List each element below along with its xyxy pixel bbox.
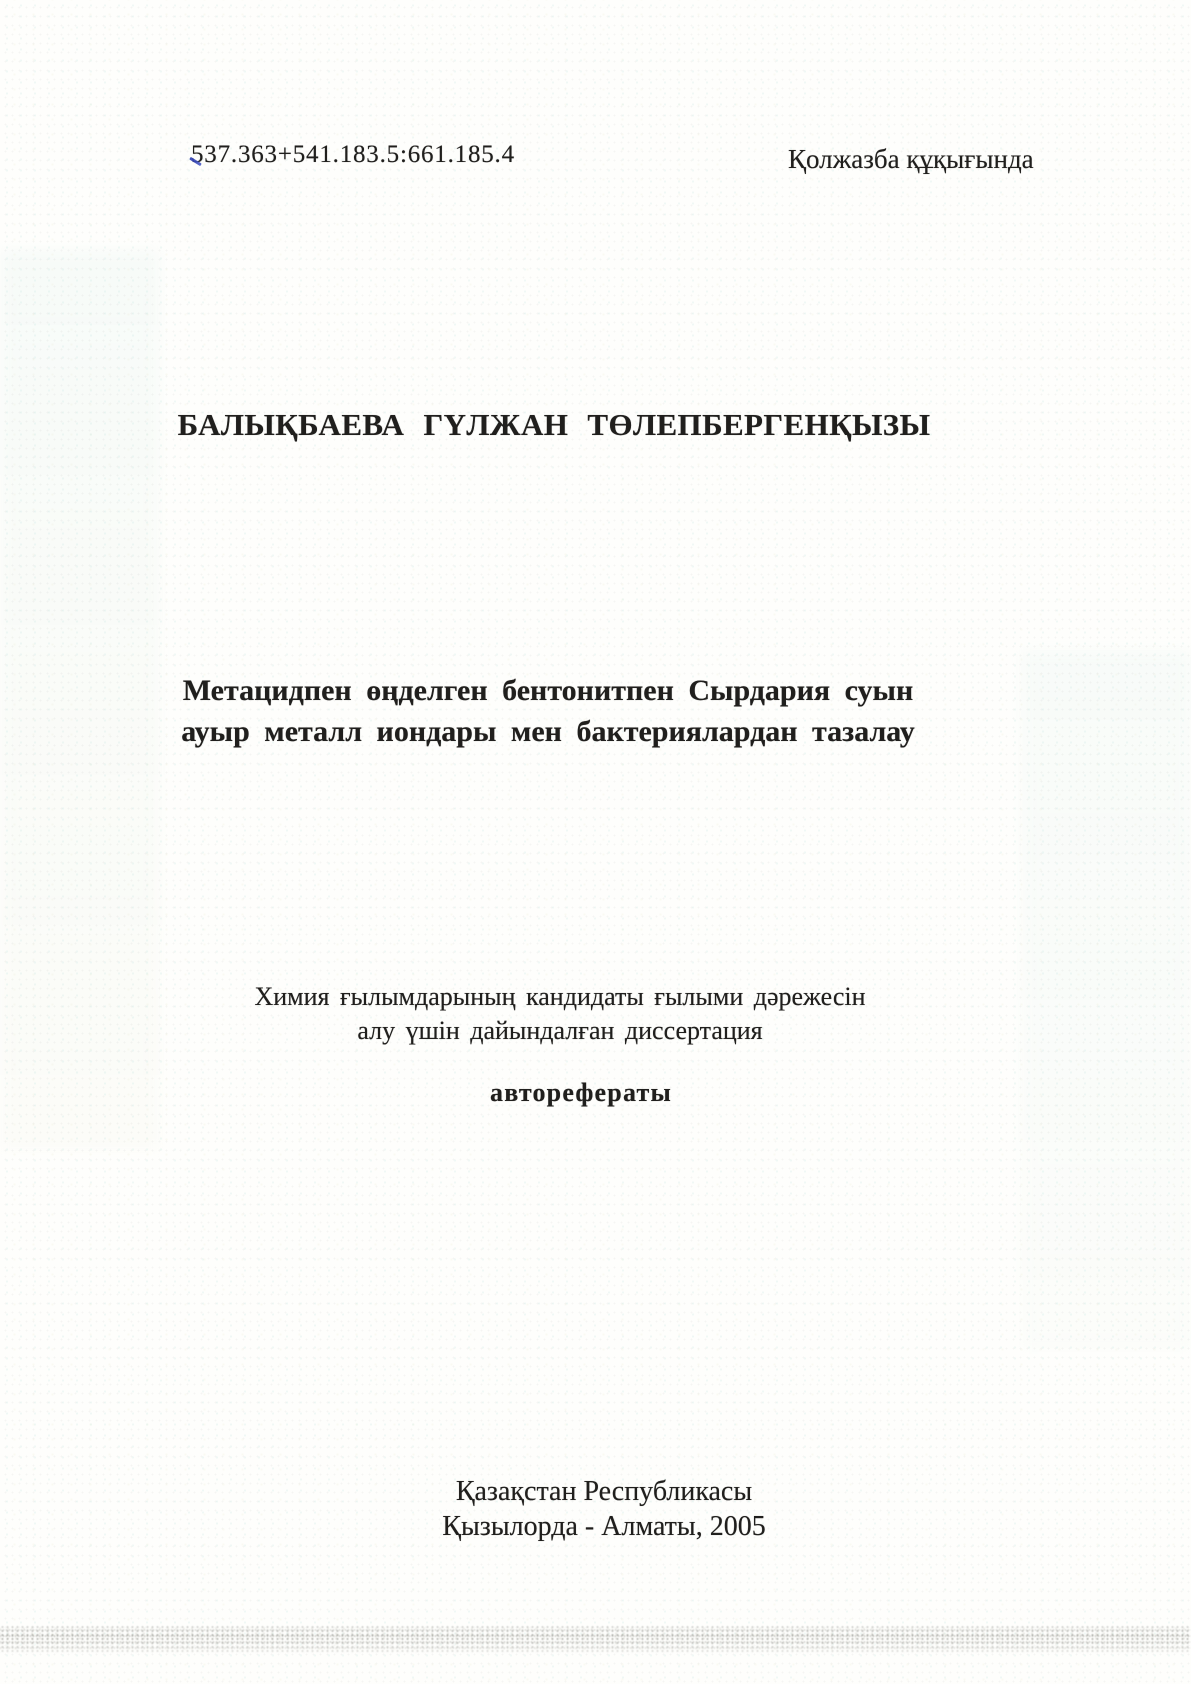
degree-statement-line2: алу үшін дайындалған диссертация xyxy=(10,1014,1110,1048)
footer-city-year: Қызылорда - Алматы, 2005 xyxy=(54,1509,1154,1544)
scan-noise-overlay xyxy=(0,0,1191,1684)
footer-country: Қазақстан Республикасы xyxy=(54,1474,1154,1509)
degree-statement-line1: Химия ғылымдарының кандидаты ғылыми дәре… xyxy=(10,980,1110,1014)
manuscript-rights-note: Қолжазба құқығында xyxy=(788,144,1034,175)
scanner-edge-band xyxy=(0,1625,1191,1653)
abstract-label: авторефераты xyxy=(31,1078,1131,1108)
scanned-title-page: 537.363+541.183.5:661.185.4 Қолжазба құқ… xyxy=(0,0,1191,1684)
dissertation-title-line2: ауыр металл иондары мен бактериялардан т… xyxy=(0,711,1098,752)
author-name: БАЛЫҚБАЕВА ГҮЛЖАН ТӨЛЕПБЕРГЕНҚЫЗЫ xyxy=(4,407,1104,443)
dissertation-title: Метацидпен өңделген бентонитпен Сырдария… xyxy=(0,670,1098,752)
degree-statement: Химия ғылымдарының кандидаты ғылыми дәре… xyxy=(10,980,1110,1048)
udc-number: 537.363+541.183.5:661.185.4 xyxy=(191,141,515,169)
dissertation-title-line1: Метацидпен өңделген бентонитпен Сырдария… xyxy=(0,670,1098,711)
footer-imprint: Қазақстан Республикасы Қызылорда - Алмат… xyxy=(54,1474,1154,1544)
